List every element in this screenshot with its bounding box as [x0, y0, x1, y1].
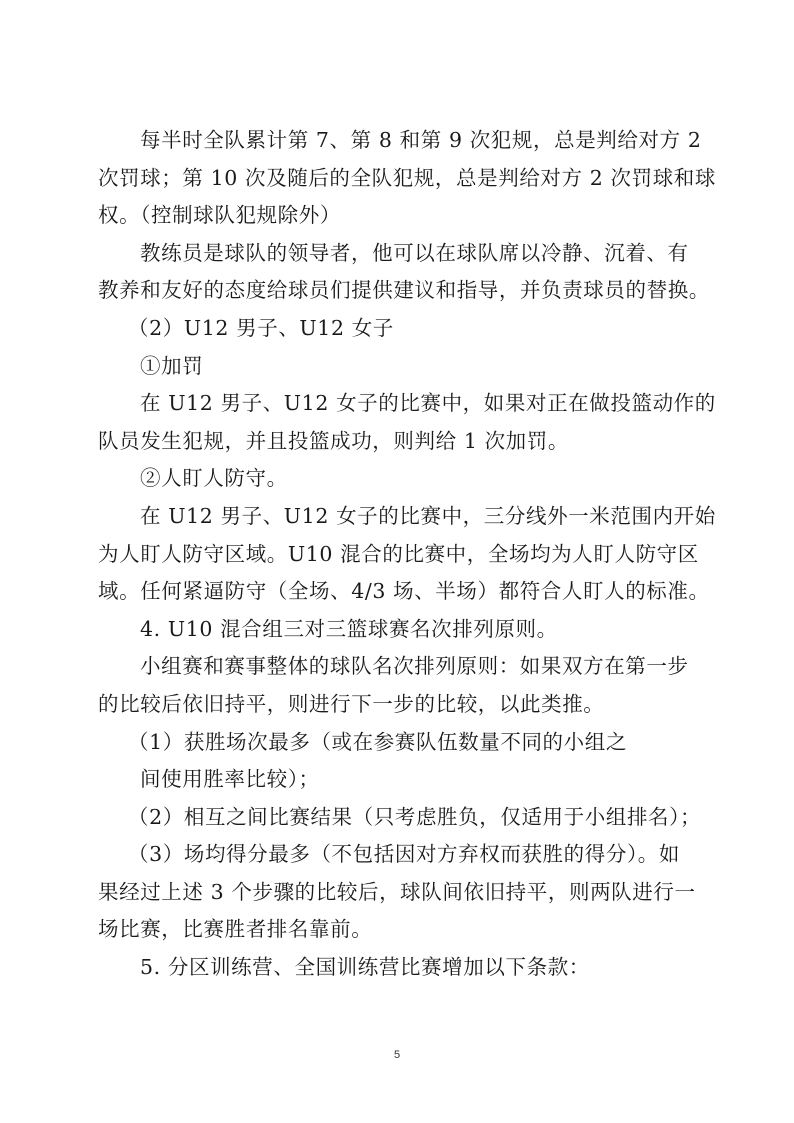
- page-number: 5: [0, 1049, 794, 1061]
- subsection-heading: ②人盯人防守。: [98, 460, 702, 498]
- list-item: （2）相互之间比赛结果（只考虑胜负，仅适用于小组排名）；: [98, 799, 702, 837]
- paragraph-line: 场比赛，比赛胜者排名靠前。: [98, 911, 702, 949]
- document-page: 每半时全队累计第 7、第 8 和第 9 次犯规，总是判给对方 2 次罚球；第 1…: [0, 0, 794, 1123]
- paragraph-line: 教养和友好的态度给球员们提供建议和指导，并负责球员的替换。: [98, 272, 702, 310]
- paragraph-line: 每半时全队累计第 7、第 8 和第 9 次犯规，总是判给对方 2: [98, 122, 702, 160]
- section-heading: 4. U10 混合组三对三篮球赛名次排列原则。: [98, 611, 702, 649]
- paragraph-line: 果经过上述 3 个步骤的比较后，球队间依旧持平，则两队进行一: [98, 874, 702, 912]
- paragraph-line: 为人盯人防守区域。U10 混合的比赛中，全场均为人盯人防守区: [98, 536, 702, 574]
- subsection-heading: ①加罚: [98, 348, 702, 386]
- paragraph-line: 小组赛和赛事整体的球队名次排列原则：如果双方在第一步: [98, 648, 702, 686]
- paragraph-line: 权。（控制球队犯规除外）: [98, 197, 702, 235]
- body-text: 每半时全队累计第 7、第 8 和第 9 次犯规，总是判给对方 2 次罚球；第 1…: [98, 122, 702, 987]
- paragraph-line: 在 U12 男子、U12 女子的比赛中，如果对正在做投篮动作的: [98, 385, 702, 423]
- paragraph-line: 在 U12 男子、U12 女子的比赛中，三分线外一米范围内开始: [98, 498, 702, 536]
- paragraph-line: 教练员是球队的领导者，他可以在球队席以冷静、沉着、有: [98, 235, 702, 273]
- paragraph-line: 次罚球；第 10 次及随后的全队犯规，总是判给对方 2 次罚球和球: [98, 160, 702, 198]
- section-heading: （2）U12 男子、U12 女子: [98, 310, 702, 348]
- list-item-continuation: 间使用胜率比较）；: [98, 761, 702, 799]
- paragraph-line: 的比较后依旧持平，则进行下一步的比较，以此类推。: [98, 686, 702, 724]
- list-item: （1）获胜场次最多（或在参赛队伍数量不同的小组之: [98, 724, 702, 762]
- section-heading: 5. 分区训练营、全国训练营比赛增加以下条款：: [98, 949, 702, 987]
- list-item: （3）场均得分最多（不包括因对方弃权而获胜的得分）。如: [98, 836, 702, 874]
- paragraph-line: 域。任何紧逼防守（全场、4/3 场、半场）都符合人盯人的标准。: [98, 573, 702, 611]
- paragraph-line: 队员发生犯规，并且投篮成功，则判给 1 次加罚。: [98, 423, 702, 461]
